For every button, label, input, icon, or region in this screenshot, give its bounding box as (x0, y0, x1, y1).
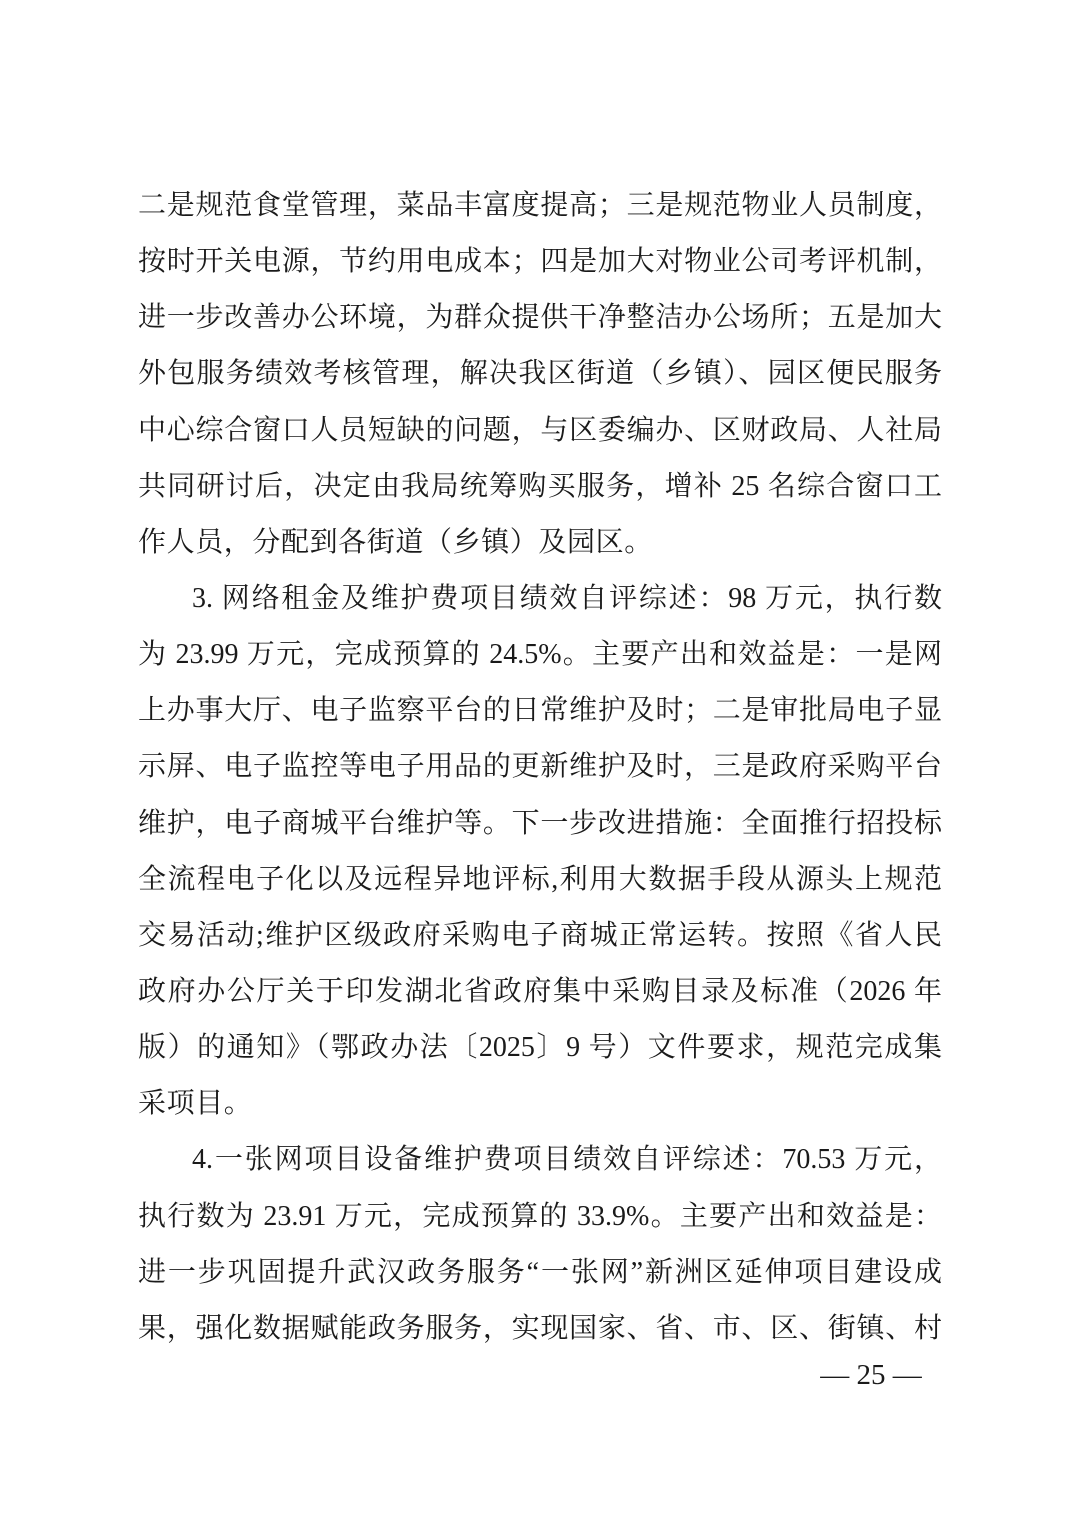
page-number: — 25 — (810, 1350, 932, 1400)
document-page: 二是规范食堂管理，菜品丰富度提高；三是规范物业人员制度， 按时开关电源，节约用电… (0, 0, 1074, 1520)
text-line: 果，强化数据赋能政务服务，实现国家、省、市、区、街镇、村 (138, 1301, 942, 1357)
text-line-paragraph-start: 4.一张网项目设备维护费项目绩效自评综述：70.53 万元， (138, 1132, 942, 1188)
text-line-paragraph-start: 3. 网络租金及维护费项目绩效自评综述：98 万元，执行数 (138, 571, 942, 627)
text-line: 进一步改善办公环境，为群众提供干净整洁办公场所；五是加大 (138, 290, 942, 346)
text-line: 外包服务绩效考核管理，解决我区街道（乡镇）、园区便民服务 (138, 346, 942, 402)
text-block: 二是规范食堂管理，菜品丰富度提高；三是规范物业人员制度， 按时开关电源，节约用电… (138, 178, 942, 1357)
text-line: 上办事大厅、电子监察平台的日常维护及时；二是审批局电子显 (138, 683, 942, 739)
text-line: 进一步巩固提升武汉政务服务“一张网”新洲区延伸项目建设成 (138, 1245, 942, 1301)
text-line: 政府办公厅关于印发湖北省政府集中采购目录及标准（2026 年 (138, 964, 942, 1020)
text-line-paragraph-end: 作人员，分配到各街道（乡镇）及园区。 (138, 515, 942, 571)
text-line: 共同研讨后，决定由我局统筹购买服务，增补 25 名综合窗口工 (138, 459, 942, 515)
text-line: 为 23.99 万元，完成预算的 24.5%。主要产出和效益是：一是网 (138, 627, 942, 683)
text-line: 执行数为 23.91 万元，完成预算的 33.9%。主要产出和效益是： (138, 1189, 942, 1245)
text-line: 版）的通知》（鄂政办法〔2025〕9 号）文件要求，规范完成集 (138, 1020, 942, 1076)
text-line: 全流程电子化以及远程异地评标,利用大数据手段从源头上规范 (138, 852, 942, 908)
text-line: 中心综合窗口人员短缺的问题，与区委编办、区财政局、人社局 (138, 403, 942, 459)
text-line-paragraph-end: 采项目。 (138, 1076, 942, 1132)
text-line: 示屏、电子监控等电子用品的更新维护及时，三是政府采购平台 (138, 739, 942, 795)
text-line: 交易活动;维护区级政府采购电子商城正常运转。按照《省人民 (138, 908, 942, 964)
text-line: 按时开关电源，节约用电成本；四是加大对物业公司考评机制， (138, 234, 942, 290)
text-line: 维护，电子商城平台维护等。下一步改进措施：全面推行招投标 (138, 796, 942, 852)
text-line: 二是规范食堂管理，菜品丰富度提高；三是规范物业人员制度， (138, 178, 942, 234)
